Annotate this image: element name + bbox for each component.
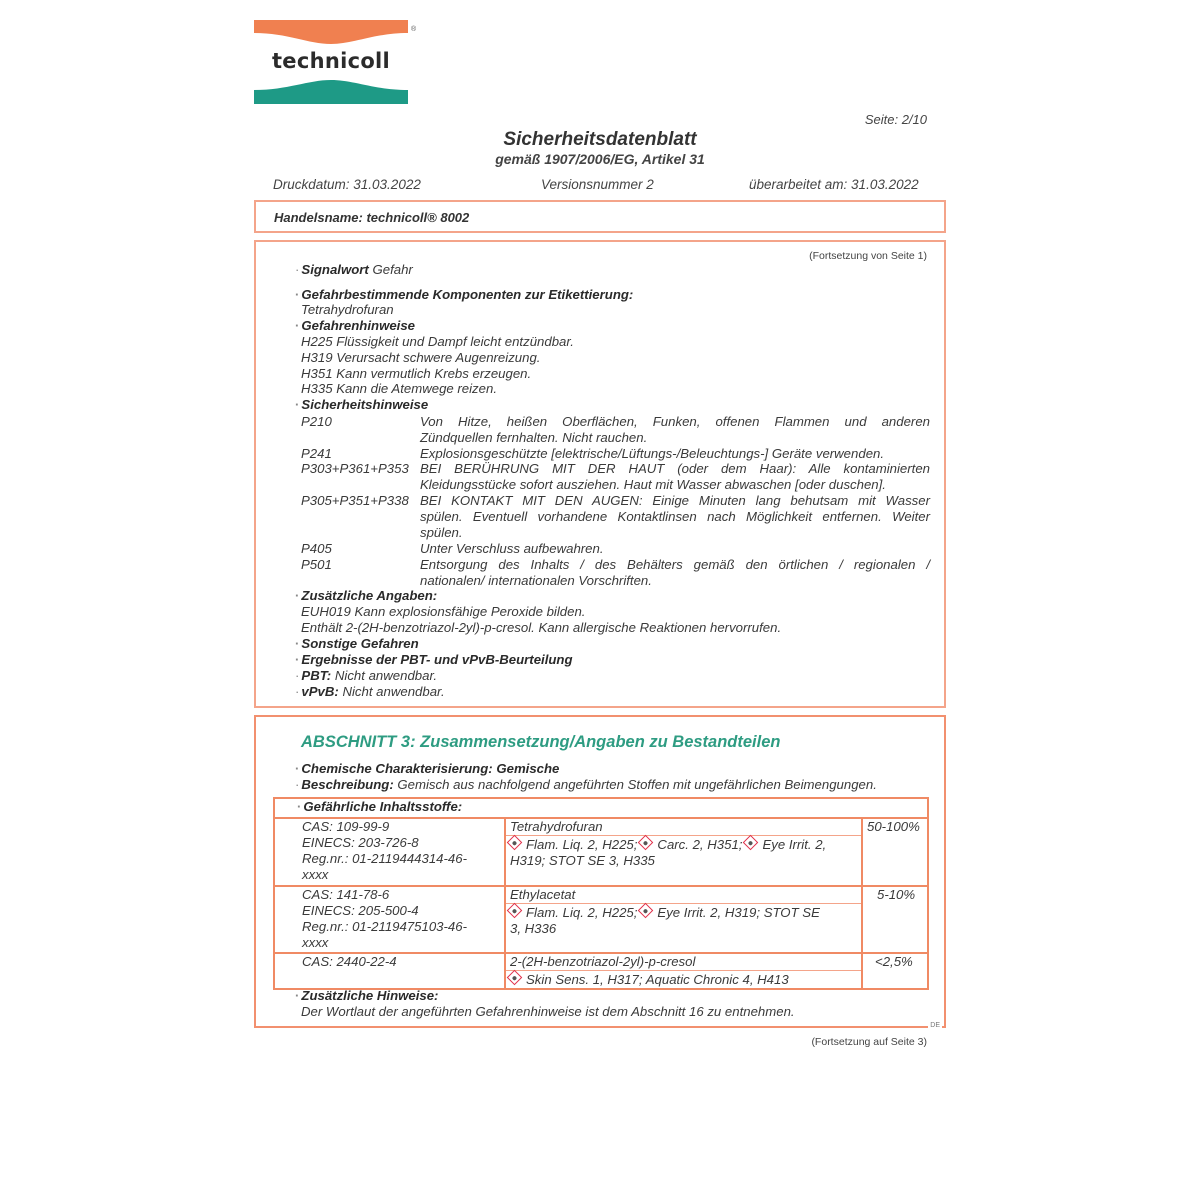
cas-number: CAS: 2440-22-4 (302, 954, 397, 970)
signal-word: ·Signalwort Gefahr (295, 262, 413, 277)
description: ·Beschreibung: Gemisch aus nachfolgend a… (295, 777, 877, 792)
technicoll-logo: technicoll ® (254, 20, 408, 104)
precautionary-statements-label: ·Sicherheitshinweise (295, 397, 428, 412)
language-code: DE (928, 1022, 942, 1029)
continuation-from-note: (Fortsetzung von Seite 1) (809, 250, 927, 262)
revision-date: überarbeitet am: 31.03.2022 (749, 177, 919, 192)
table-title: ·Gefährliche Inhaltsstoffe: (297, 799, 462, 814)
concentration: 5-10% (877, 887, 915, 903)
concentration: 50-100% (867, 819, 920, 835)
page-number: Seite: 2/10 (865, 112, 927, 127)
substance-name: Tetrahydrofuran (510, 819, 603, 835)
precaution-text: spülen. Eventuell vorhandene Kontaktlins… (420, 509, 930, 525)
hazard-statement: H319 Verursacht schwere Augenreizung. (301, 350, 540, 365)
hazardous-ingredients-table: ·Gefährliche Inhaltsstoffe: CAS: 109-99-… (273, 797, 929, 990)
pbt-result: ·PBT: Nicht anwendbar. (295, 668, 437, 683)
additional-notes-label: ·Zusätzliche Hinweise: (295, 988, 438, 1003)
precaution-text: nationalen/ internationalen Vorschriften… (420, 573, 930, 589)
precaution-text: Unter Verschluss aufbewahren. (420, 541, 930, 557)
trade-name-box: Handelsname: technicoll® 8002 (254, 200, 946, 233)
concentration: <2,5% (875, 954, 913, 970)
document-title: Sicherheitsdatenblatt (0, 129, 1200, 151)
flame-pictogram-icon (507, 835, 523, 851)
registered-mark: ® (411, 26, 416, 33)
reg-number-suffix: xxxx (302, 867, 467, 883)
document-subtitle: gemäß 1907/2006/EG, Artikel 31 (0, 151, 1200, 167)
classification: Flam. Liq. 2, H225;Eye Irrit. 2, H319; S… (506, 905, 861, 937)
precaution-text: spülen. (420, 525, 930, 541)
hazard-statement: H335 Kann die Atemwege reizen. (301, 381, 497, 396)
classification: Flam. Liq. 2, H225;Carc. 2, H351;Eye Irr… (506, 837, 861, 869)
classification: Skin Sens. 1, H317; Aquatic Chronic 4, H… (506, 972, 861, 988)
components-value: Tetrahydrofuran (301, 302, 394, 317)
pbt-assessment-label: ·Ergebnisse der PBT- und vPvB-Beurteilun… (295, 652, 573, 667)
precaution-code: P405 (301, 541, 332, 556)
additional-info: Enthält 2-(2H-benzotriazol-2yl)-p-cresol… (301, 620, 781, 635)
version-number: Versionsnummer 2 (541, 177, 654, 192)
precaution-code: P241 (301, 446, 332, 461)
precaution-text: Explosionsgeschützte [elektrische/Lüftun… (420, 446, 930, 462)
additional-notes: Der Wortlaut der angeführten Gefahrenhin… (301, 1004, 795, 1019)
hazard-statement: H351 Kann vermutlich Krebs erzeugen. (301, 366, 531, 381)
precaution-text: Entsorgung des Inhalts / des Behälters g… (420, 557, 930, 573)
section-3-box: ABSCHNITT 3: Zusammensetzung/Angaben zu … (254, 715, 946, 1028)
hazard-statement: H225 Flüssigkeit und Dampf leicht entzün… (301, 334, 574, 349)
reg-number: Reg.nr.: 01-2119444314-46- (302, 851, 467, 867)
reg-number-suffix: xxxx (302, 935, 467, 951)
table-row: CAS: 109-99-9 EINECS: 203-726-8 Reg.nr.:… (302, 819, 467, 883)
chemical-characterization: ·Chemische Charakterisierung: Gemische (295, 761, 559, 776)
continuation-to-note: (Fortsetzung auf Seite 3) (811, 1036, 927, 1048)
vpvb-result: ·vPvB: Nicht anwendbar. (295, 684, 445, 699)
table-row: CAS: 141-78-6 EINECS: 205-500-4 Reg.nr.:… (302, 887, 467, 951)
trade-name: Handelsname: technicoll® 8002 (274, 210, 469, 225)
other-hazards-label: ·Sonstige Gefahren (295, 636, 419, 651)
einecs-number: EINECS: 203-726-8 (302, 835, 467, 851)
health-hazard-pictogram-icon (638, 835, 654, 851)
precaution-text: BEI KONTAKT MIT DEN AUGEN: Einige Minute… (420, 493, 930, 509)
exclamation-pictogram-icon (743, 835, 759, 851)
precaution-code: P210 (301, 414, 332, 429)
additional-info: EUH019 Kann explosionsfähige Peroxide bi… (301, 604, 585, 619)
substance-name: 2-(2H-benzotriazol-2yl)-p-cresol (510, 954, 695, 970)
precaution-code: P501 (301, 557, 332, 572)
logo-text: technicoll (254, 49, 408, 73)
section-2-box: (Fortsetzung von Seite 1) ·Signalwort Ge… (254, 240, 946, 708)
einecs-number: EINECS: 205-500-4 (302, 903, 467, 919)
flame-pictogram-icon (507, 903, 523, 919)
additional-info-label: ·Zusätzliche Angaben: (295, 588, 437, 603)
print-date: Druckdatum: 31.03.2022 (273, 177, 421, 192)
reg-number: Reg.nr.: 01-2119475103-46- (302, 919, 467, 935)
exclamation-pictogram-icon (507, 970, 523, 986)
precaution-text: Kleidungsstücke sofort ausziehen. Haut m… (420, 477, 930, 493)
substance-name: Ethylacetat (510, 887, 575, 903)
hazard-statements-label: ·Gefahrenhinweise (295, 318, 415, 333)
table-row: CAS: 2440-22-4 (302, 954, 397, 970)
precaution-code: P305+P351+P338 (301, 493, 409, 508)
components-label: ·Gefahrbestimmende Komponenten zur Etike… (295, 287, 633, 302)
precaution-text: Zündquellen fernhalten. Nicht rauchen. (420, 430, 930, 446)
cas-number: CAS: 109-99-9 (302, 819, 467, 835)
cas-number: CAS: 141-78-6 (302, 887, 467, 903)
precaution-code: P303+P361+P353 (301, 461, 409, 476)
precaution-text: BEI BERÜHRUNG MIT DER HAUT (oder dem Haa… (420, 461, 930, 477)
exclamation-pictogram-icon (638, 903, 654, 919)
precaution-text: Von Hitze, heißen Oberflächen, Funken, o… (420, 414, 930, 430)
section-3-heading: ABSCHNITT 3: Zusammensetzung/Angaben zu … (301, 733, 780, 752)
